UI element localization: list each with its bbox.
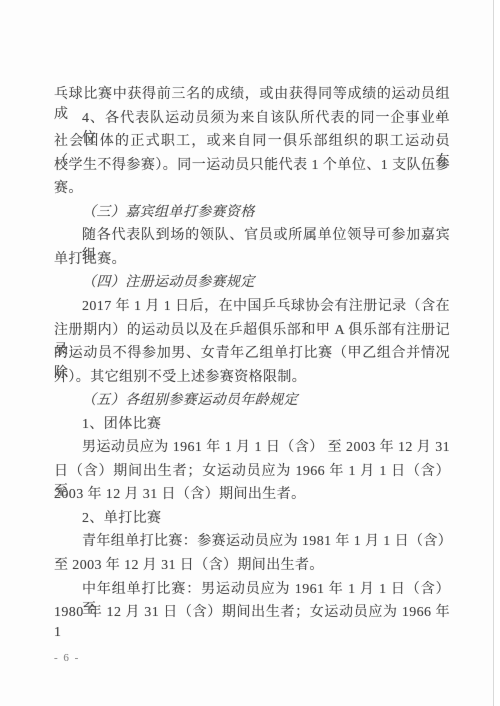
text-line: 青年组单打比赛：参赛运动员应为 1981 年 1 月 1 日（含） bbox=[54, 532, 450, 552]
text-line: （三）嘉宾组单打参赛资格 bbox=[54, 203, 450, 223]
scan-edge-line bbox=[493, 0, 494, 706]
page-number: - 6 - bbox=[54, 651, 80, 666]
text-line: 外）。其它组别不受上述参赛资格限制。 bbox=[54, 368, 450, 388]
text-line: 1、团体比赛 bbox=[54, 415, 450, 435]
document-page: 乓球比赛中获得前三名的成绩，或由获得同等成绩的运动员组成。4、各代表队运动员须为… bbox=[0, 0, 500, 706]
text-line: 2017 年 1 月 1 日后，在中国乒乓球协会有注册记录（含在 bbox=[54, 297, 450, 317]
scan-edge-strip bbox=[494, 0, 500, 706]
text-line: 2、单打比赛 bbox=[54, 509, 450, 529]
text-line: 2003 年 12 月 31 日（含）期间出生者。 bbox=[54, 485, 450, 505]
text-line: 1980 年 12 月 31 日（含）期间出生者；女运动员应为 1966 年 1 bbox=[54, 603, 450, 643]
document-text: 乓球比赛中获得前三名的成绩，或由获得同等成绩的运动员组成。4、各代表队运动员须为… bbox=[0, 0, 500, 706]
text-line: （五）各组别参赛运动员年龄规定 bbox=[54, 391, 450, 411]
text-line: 至 2003 年 12 月 31 日（含）期间出生者。 bbox=[54, 556, 450, 576]
text-line: 赛。 bbox=[54, 179, 450, 199]
text-line: 校学生不得参赛）。同一运动员只能代表 1 个单位、1 支队伍参 bbox=[54, 156, 450, 176]
text-line: （四）注册运动员参赛规定 bbox=[54, 273, 450, 293]
text-line: 男运动员应为 1961 年 1 月 1 日（含） 至 2003 年 12 月 3… bbox=[54, 438, 450, 458]
text-line: 单打比赛。 bbox=[54, 250, 450, 270]
